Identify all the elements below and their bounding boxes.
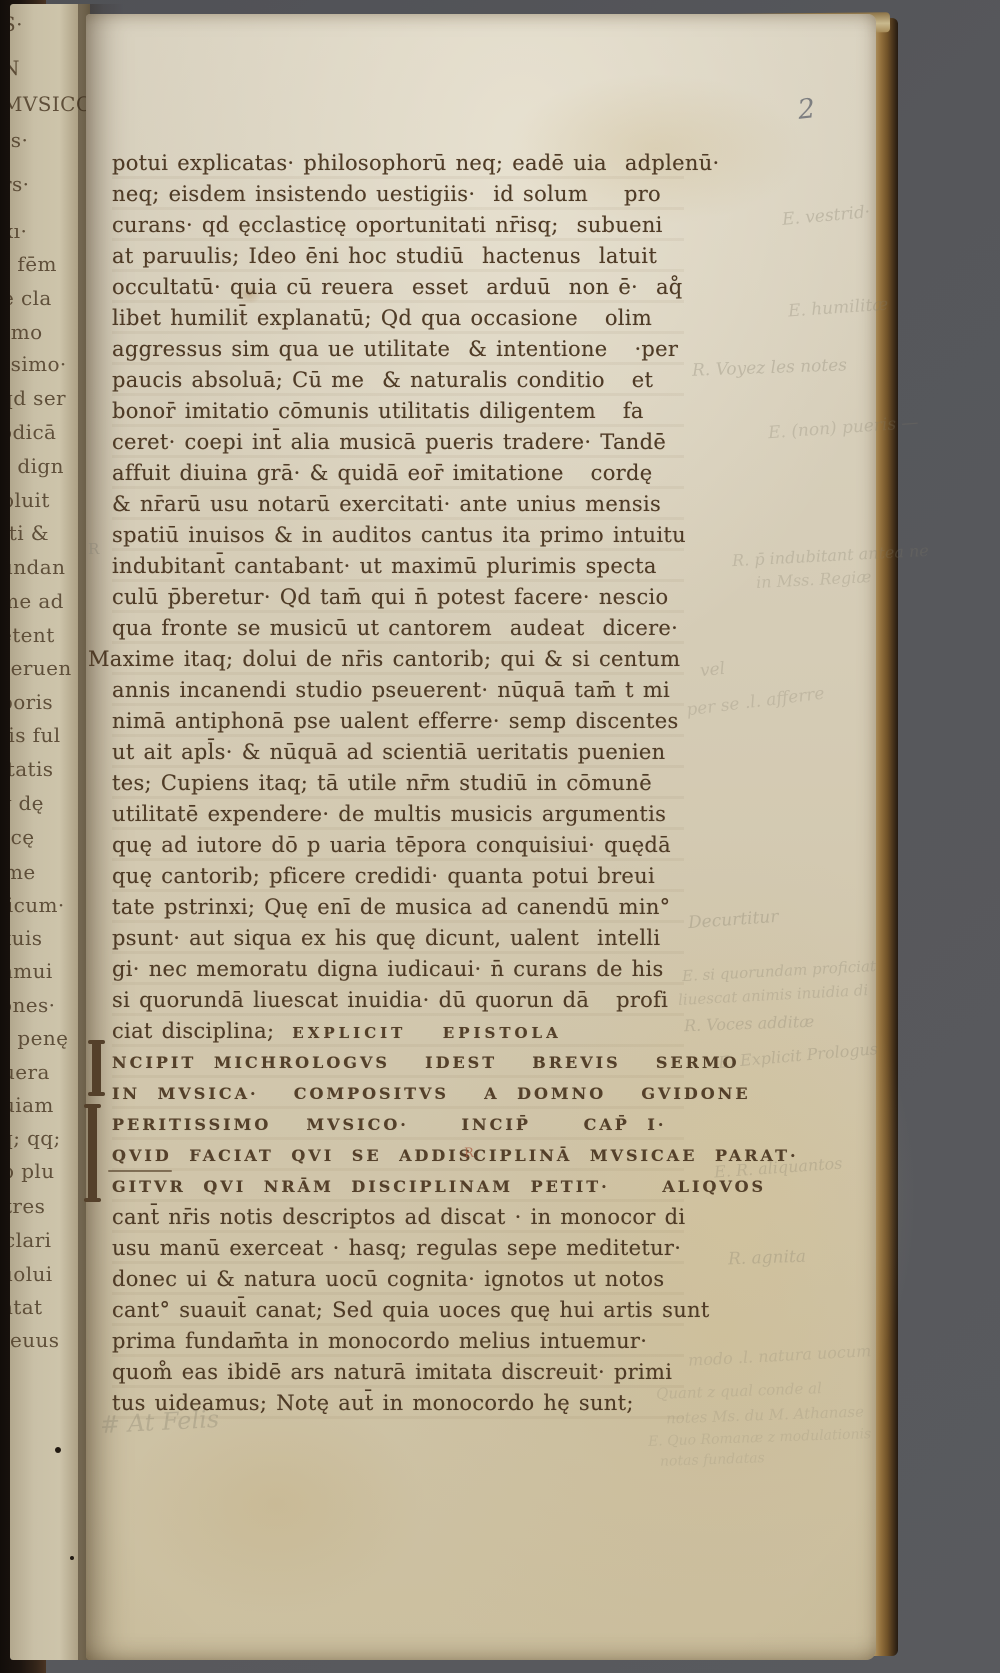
manuscript-line: culū p̄beretur· Qd tam̄ qui n̄ potest fa… bbox=[112, 582, 684, 613]
manuscript-line: gi· nec memoratu digna iudicaui· n̄ cura… bbox=[112, 954, 684, 985]
facing-page-fragment: me bbox=[10, 860, 36, 884]
manuscript-line: prima fundam̄ta in monocordo melius intu… bbox=[112, 1326, 684, 1357]
text-block: potui explicatas· philosophorū neq; eadē… bbox=[112, 148, 684, 1419]
manuscript-line: affuit diuina grā· & quidā eor̄ imitatio… bbox=[112, 458, 684, 489]
manuscript-line: tes; Cupiens itaq; tā utile nr̄m studiū … bbox=[112, 768, 684, 799]
facing-page-fragment: ımo bbox=[10, 320, 43, 344]
manuscript-line: utilitatē expendere· de multis musicis a… bbox=[112, 799, 684, 830]
manuscript-line: paucis absoluā; Cū me & naturalis condit… bbox=[112, 365, 684, 396]
facing-page-fragment: uiam bbox=[10, 1093, 54, 1117]
facing-page-fragment: ones· bbox=[10, 993, 55, 1017]
manuscript-line: occultatū· quia cū reuera esset arduū no… bbox=[112, 272, 684, 303]
facing-page-fragment: reuus bbox=[10, 1328, 59, 1352]
facing-page-fragment: clari bbox=[10, 1228, 51, 1252]
manuscript-line: tus uideamus; Notę aut̄ in monocordo hę … bbox=[112, 1388, 684, 1419]
manuscript-line: PERITISSIMO MVSICO· INCIP̄ CAP̄ I· bbox=[112, 1109, 684, 1140]
facing-page-fragment: oluit bbox=[10, 488, 50, 512]
manuscript-line: nimā antiphonā pse ualent efferre· semp … bbox=[112, 706, 684, 737]
manuscript-line: cant° suauit̄ canat; Sed quia uoces quę … bbox=[112, 1295, 684, 1326]
manuscript-line: ceret· coepi int̄ alia musicā pueris tra… bbox=[112, 427, 684, 458]
manuscript-photograph: S·NMVSICO·ıs·rs·xı·s fēme claımossimo·qd… bbox=[0, 0, 1000, 1673]
facing-page-fragment: s dign bbox=[10, 454, 64, 478]
facing-page-fragment: qd ser bbox=[10, 386, 66, 410]
manuscript-line: quom̊ eas ibidē ars naturā imitata discr… bbox=[112, 1357, 684, 1388]
facing-page-fragment: scę bbox=[10, 825, 35, 849]
manuscript-line: annis incanendi studio pseuerent· nūquā … bbox=[112, 675, 684, 706]
facing-page-fragment: seruen bbox=[10, 656, 72, 680]
facing-page-fragment: S· bbox=[10, 12, 23, 36]
manuscript-line: indubitant̄ cantabant· ut maximū plurimi… bbox=[112, 551, 684, 582]
dark-speck bbox=[70, 1556, 74, 1560]
facing-page-fragment: s penę bbox=[10, 1026, 68, 1050]
facing-page-fragment: etent bbox=[10, 623, 55, 647]
dark-speck bbox=[55, 1447, 61, 1453]
facing-page-fragment: licum· bbox=[10, 893, 65, 917]
facing-page-fragment: ıs· bbox=[10, 128, 28, 152]
manuscript-line: ciat disciplina; EXPLICIT EPISTOLA bbox=[112, 1016, 684, 1047]
facing-page-fragment: undan bbox=[10, 555, 65, 579]
manuscript-line: neq; eisdem insistendo uestigiis· id sol… bbox=[112, 179, 684, 210]
facing-page-fragment: ssimo· bbox=[10, 352, 67, 376]
manuscript-line: quę ad iutore dō p uaria tēpora conquisi… bbox=[112, 830, 684, 861]
manuscript-line: & nr̄arū usu notarū exercitati· ante uni… bbox=[112, 489, 684, 520]
facing-page-fragment: N bbox=[10, 56, 20, 80]
facing-page-fragment: itatis bbox=[10, 757, 53, 781]
facing-page-fragment: y dę bbox=[10, 791, 44, 815]
rubric-underline bbox=[108, 1170, 172, 1172]
manuscript-line: ut ait apl̄s· & nūquā ad scientiā uerita… bbox=[112, 737, 684, 768]
facing-page-fragment: lti & bbox=[10, 521, 49, 545]
facing-page-fragment: s fēm bbox=[10, 252, 57, 276]
facing-page-fragment: nmui bbox=[10, 959, 53, 983]
line-rubric-part: EXPLICIT EPISTOLA bbox=[292, 1024, 561, 1042]
manuscript-page: 2 potui explicatas· philosophorū neq; ea… bbox=[86, 14, 876, 1660]
parchment-stain bbox=[126, 1394, 426, 1614]
manuscript-line: bonor̄ imitatio cōmunis utilitatis dilig… bbox=[112, 396, 684, 427]
facing-page-fragment: tres bbox=[10, 1194, 45, 1218]
manuscript-line: spatiū inuisos & in auditos cantus ita p… bbox=[112, 520, 684, 551]
facing-page-fragment: ntat bbox=[10, 1295, 42, 1319]
manuscript-line: psunt· aut siqua ex his quę dicunt, uale… bbox=[112, 923, 684, 954]
manuscript-line: quę cantorib; pficere credidi· quanta po… bbox=[112, 861, 684, 892]
manuscript-line: NCIPIT MICHROLOGVS IDEST BREVIS SERMO bbox=[112, 1047, 684, 1078]
manuscript-line: tate pstrinxi; Quę enī de musica ad cane… bbox=[112, 892, 684, 923]
facing-page-fragment: odicā bbox=[10, 420, 56, 444]
manuscript-line: libet humilit̄ explanatū; Qd qua occasio… bbox=[112, 303, 684, 334]
manuscript-line: aggressus sim qua ue utilitate & intenti… bbox=[112, 334, 684, 365]
manuscript-line: QVID FACIAT QVI SE ADDISCIPLINĀ MVSICAE … bbox=[112, 1140, 684, 1171]
manuscript-line: donec ui & natura uocū cognita· ignotos … bbox=[112, 1264, 684, 1295]
manuscript-line: at paruulis; Ideo ēni hoc studiū hactenu… bbox=[112, 241, 684, 272]
facing-page-fragment: xuis bbox=[10, 926, 42, 950]
manuscript-line: Maxime itaq; dolui de nr̄is cantorib; qu… bbox=[88, 644, 684, 675]
line-plain-part: ciat disciplina; bbox=[112, 1019, 292, 1043]
facing-page-fragment: e cla bbox=[10, 286, 52, 310]
manuscript-line: potui explicatas· philosophorū neq; eadē… bbox=[112, 148, 684, 179]
facing-page-fragment: xı· bbox=[10, 219, 27, 243]
facing-page-fragment: tis ful bbox=[10, 723, 61, 747]
facing-page-fragment: rs· bbox=[10, 172, 29, 196]
folio-number: 2 bbox=[796, 93, 816, 126]
facing-page-fragment: uera bbox=[10, 1060, 50, 1084]
manuscript-line: cant̄ nr̄is notis descriptos ad discat ·… bbox=[112, 1202, 684, 1233]
facing-page-fragment: q; qq; bbox=[10, 1126, 61, 1150]
manuscript-line: qua fronte se musicū ut cantorem audeat … bbox=[112, 613, 684, 644]
manuscript-line: curans· qd ęcclasticę oportunitati nr̄is… bbox=[112, 210, 684, 241]
facing-page-fragment: me ad bbox=[10, 589, 64, 613]
manuscript-line: IN MVSICA· COMPOSITVS A DOMNO GVIDONE bbox=[112, 1078, 684, 1109]
facing-page-fragment: poris bbox=[10, 690, 53, 714]
manuscript-line: si quorundā liuescat inuidia· dū quorun … bbox=[112, 985, 684, 1016]
manuscript-line: usu manū exerceat · hasq; regulas sepe m… bbox=[112, 1233, 684, 1264]
manuscript-line: GITVR QVI NRĀM DISCIPLINAM PETIT· ALIQVO… bbox=[112, 1171, 684, 1202]
facing-page-fragment: o plu bbox=[10, 1159, 54, 1183]
facing-page-fragment: uolui bbox=[10, 1262, 53, 1286]
